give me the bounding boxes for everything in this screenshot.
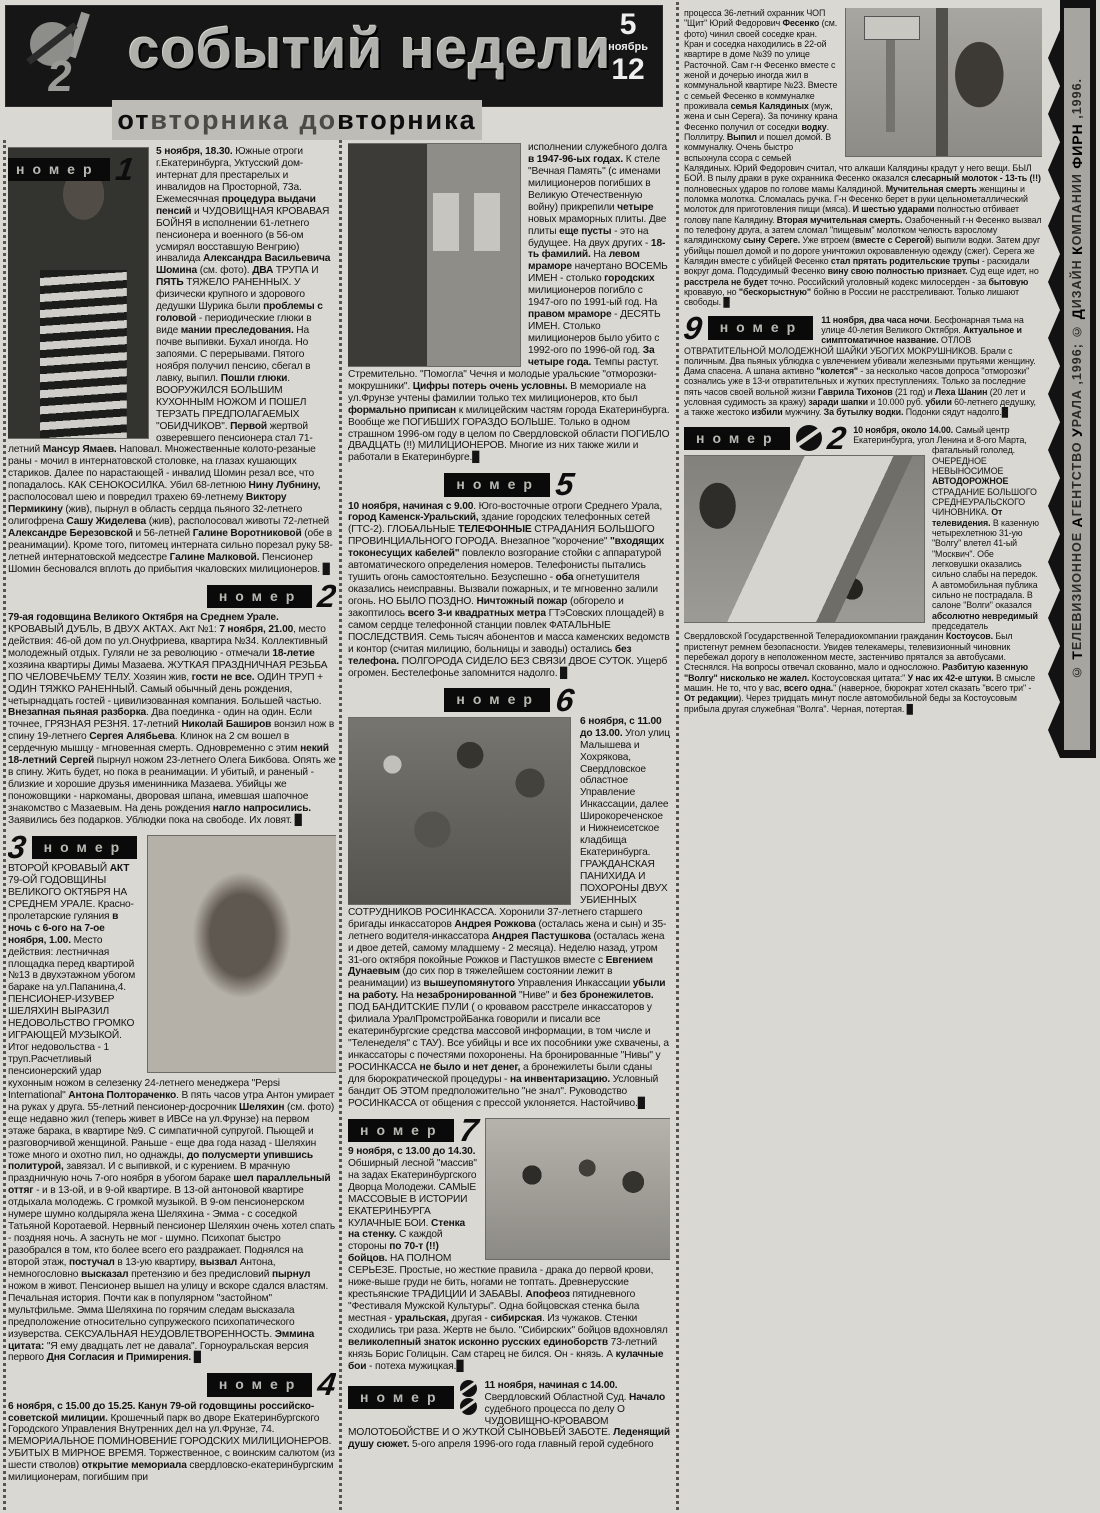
nomer-number-6: 6 bbox=[554, 687, 575, 714]
nine-and-half-logo: 2 bbox=[22, 12, 122, 104]
story-2-text: 79-ая годовщина Великого Октября на Сред… bbox=[8, 612, 336, 827]
story-2: номер 2 79-ая годовщина Великого Октября… bbox=[8, 583, 336, 827]
story-3: 3 номер ВТОРОЙ КРОВАВЫЙ АКТ 79-ОЙ ГОДОВЩ… bbox=[8, 834, 336, 1365]
story-8-badge: номер bbox=[348, 1380, 477, 1415]
mallet-head-icon bbox=[864, 16, 920, 40]
date-day-end: 12 bbox=[608, 55, 648, 85]
column-separator-2 bbox=[676, 2, 679, 1510]
newspaper-page: 2 событий недели 5 ноябрь 12 от вторника… bbox=[0, 0, 1100, 1513]
story-3-badge: 3 номер bbox=[8, 834, 140, 861]
story-8: номер 11 ноября, начиная с 14.00. Свердл… bbox=[348, 1380, 670, 1452]
nomer-number-2: 2 bbox=[316, 583, 336, 610]
masthead-title: событий недели bbox=[128, 16, 612, 82]
nomer-number-9: 9 bbox=[684, 315, 704, 342]
story-1-badge: номер 1 bbox=[8, 156, 133, 183]
ball-icon bbox=[460, 1398, 477, 1415]
nomer-number-8-balls-icon bbox=[460, 1380, 477, 1415]
column-2: исполнении служебного долга в 1947-96-ых… bbox=[348, 142, 670, 1510]
copyright-strip: © ТЕЛЕВИЗИОННОЕ АГЕНТСТВО УРАЛА ,1996; ©… bbox=[1048, 0, 1096, 758]
story-5-text: 10 ноября, начиная с 9.00. Юго-восточные… bbox=[348, 501, 670, 680]
photo-funeral-crowd bbox=[348, 718, 570, 904]
photo-pensioner-shomin: номер 1 bbox=[8, 148, 148, 438]
story-6-badge: номер 6 bbox=[348, 687, 670, 714]
photo-kostousov-crashed-volga bbox=[684, 456, 924, 622]
nomer-number-1: 1 bbox=[114, 156, 135, 183]
nomer-label: номер bbox=[708, 316, 814, 339]
nomer-label: номер bbox=[684, 427, 790, 450]
logo-fraction: 2 bbox=[45, 52, 75, 102]
copyright-text: © ТЕЛЕВИЗИОННОЕ АГЕНТСТВО УРАЛА ,1996; ©… bbox=[1069, 78, 1085, 679]
nomer-label: номер bbox=[444, 473, 550, 496]
story-4-text: 6 ноября, с 15.00 до 15.25. Канун 79-ой … bbox=[8, 1401, 336, 1485]
column-1: номер 1 5 ноября, 18.30. Южные отроги г.… bbox=[8, 146, 336, 1510]
story-1: номер 1 5 ноября, 18.30. Южные отроги г.… bbox=[8, 146, 336, 576]
story-7: номер 7 9 ноября, с 13.00 до 14.30. Обши… bbox=[348, 1117, 670, 1373]
nomer-number-5: 5 bbox=[554, 471, 575, 498]
story-9-badge: 9 номер bbox=[684, 315, 813, 342]
story-9: 9 номер 11 ноября, два часа ночи. Бесфон… bbox=[684, 315, 1042, 418]
column-separator-1 bbox=[339, 140, 342, 1510]
story-4-badge: номер 4 bbox=[8, 1371, 336, 1398]
story-5: номер 5 10 ноября, начиная с 9.00. Юго-в… bbox=[348, 471, 670, 679]
story-8-continuation: процесса 36-летний охранник ЧОП "Щит" Юр… bbox=[684, 8, 1042, 308]
nomer-label: номер bbox=[32, 836, 138, 859]
nomer-label: номер bbox=[444, 688, 550, 711]
nomer-number-3: 3 bbox=[8, 834, 28, 861]
nomer-number-7: 7 bbox=[458, 1117, 479, 1144]
photo-memorial-salute bbox=[348, 144, 520, 366]
story-7-badge: номер 7 bbox=[348, 1117, 478, 1144]
date-day-start: 5 bbox=[608, 10, 648, 40]
nomer-number-4: 4 bbox=[316, 1371, 336, 1398]
nomer-label: номер bbox=[207, 1373, 313, 1396]
story-6: номер 6 6 ноября, с 11.00 до 13.00. Угол… bbox=[348, 687, 670, 1110]
nomer-label: номер bbox=[8, 158, 110, 181]
story-4: номер 4 6 ноября, с 15.00 до 15.25. Кану… bbox=[8, 1371, 336, 1484]
mallet-handle-icon bbox=[886, 32, 895, 132]
left-edge-separator bbox=[3, 140, 6, 1510]
story-9-and-half: номер 2 10 ноября, около 14.00. Самый це… bbox=[684, 425, 1042, 714]
photo-pensioner-shelyakhin bbox=[148, 836, 336, 1072]
nomer-label: номер bbox=[348, 1386, 454, 1409]
nomer-label: номер bbox=[207, 585, 313, 608]
ball-icon bbox=[796, 425, 822, 451]
nomer-number-half: 2 bbox=[826, 425, 848, 452]
story-5-badge: номер 5 bbox=[348, 471, 670, 498]
column-3: процесса 36-летний охранник ЧОП "Щит" Юр… bbox=[684, 8, 1042, 1508]
story-9-and-half-badge: номер 2 bbox=[684, 425, 845, 452]
masthead: 2 событий недели 5 ноябрь 12 bbox=[6, 6, 662, 106]
ball-icon bbox=[460, 1380, 477, 1397]
photo-fist-fight bbox=[486, 1119, 670, 1259]
masthead-date: 5 ноябрь 12 bbox=[608, 10, 648, 85]
story-2-badge: номер 2 bbox=[8, 583, 336, 610]
nomer-label: номер bbox=[348, 1119, 454, 1142]
masthead-subtitle: от вторника до вторника bbox=[112, 100, 482, 140]
copyright-strip-inner: © ТЕЛЕВИЗИОННОЕ АГЕНТСТВО УРАЛА ,1996; ©… bbox=[1064, 8, 1090, 750]
story-4-continuation: исполнении служебного долга в 1947-96-ых… bbox=[348, 142, 670, 464]
photo-fesenko-with-mallet bbox=[846, 8, 1042, 156]
date-month: ноябрь bbox=[608, 42, 648, 53]
